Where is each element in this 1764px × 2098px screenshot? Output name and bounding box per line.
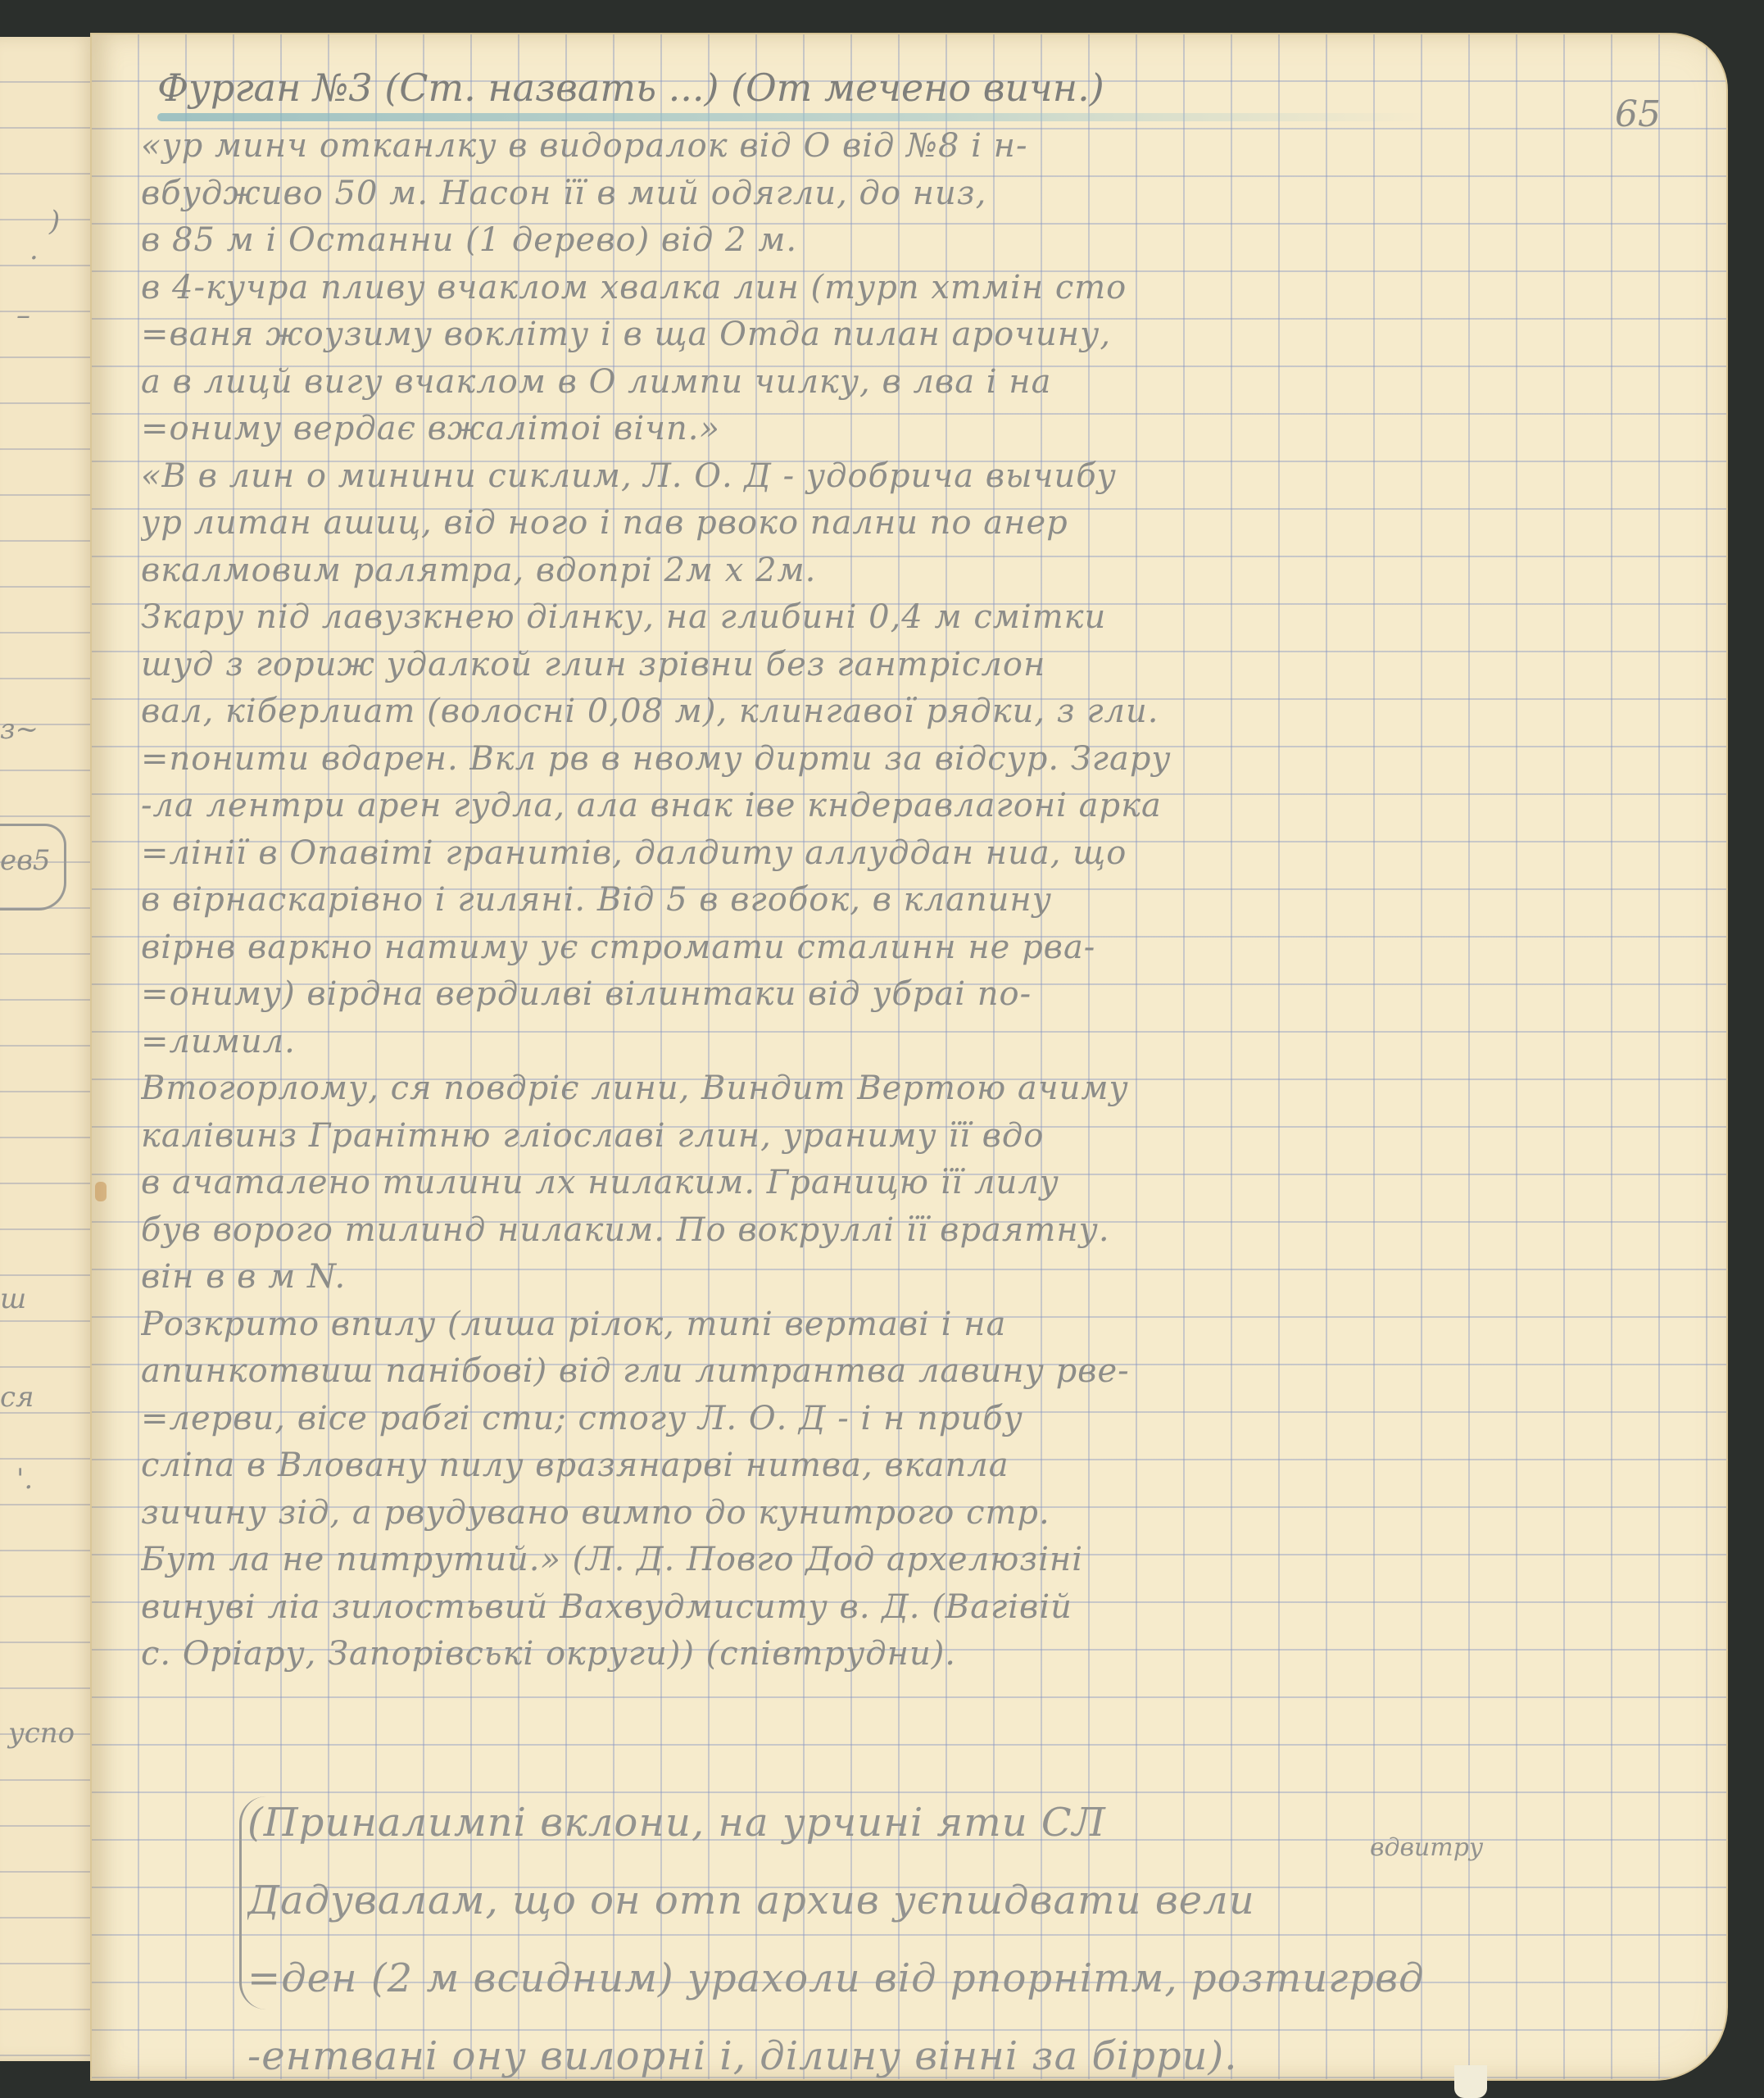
text-line: вал, кіберлиат (волосні 0,08 м), клингав… [141, 688, 1681, 736]
left-page-fragment: ) [49, 205, 60, 238]
text-line: =лерви, вісе рабгі сти; стогу Л. О. Д - … [141, 1396, 1681, 1443]
text-line: =лінії в Опавіті гранитів, далдиту аллуд… [141, 830, 1681, 878]
text-line: в ачаталено тилини лх нилаким. Границю ї… [141, 1160, 1681, 1207]
superscript-note: вдвитру [1370, 1833, 1483, 1862]
text-line: в 85 м і Останни (1 дерево) від 2 м. [141, 217, 1681, 265]
text-line: вірнв варкно натиму ує стромати сталинн … [141, 924, 1681, 972]
text-line: зичину зід, а рвудувано вимпо до кунитро… [141, 1490, 1681, 1537]
note-line: Дадувалам, що он отп архив уєпшдвати вел… [247, 1862, 1689, 1940]
text-line: вбудживо 50 м. Насон її в мий одягли, до… [141, 170, 1681, 218]
text-line: був ворого тилинд нилаким. По вокруллі ї… [141, 1207, 1681, 1255]
left-page-fragment: · [29, 242, 39, 275]
stain [95, 1182, 107, 1201]
notebook-page: Фурган №3 (Ст. назвать ...) (От мечено в… [90, 33, 1728, 2081]
text-line: в 4-кучра пливу вчаклом хвалка лин (турп… [141, 265, 1681, 312]
text-line: =понити вдарен. Вкл рв в нвому дирти за … [141, 736, 1681, 783]
page-heading: Фурган №3 (Ст. назвать ...) (От мечено в… [157, 66, 1104, 110]
text-line: вкалмовим ралятра, вдопрі 2м х 2м. [141, 547, 1681, 595]
text-line: «В в лин о минини сиклим, Л. О. Д - удоб… [141, 453, 1681, 501]
heading-underline [157, 113, 1427, 121]
text-line: =ониму вердає вжалітоі вічп.» [141, 406, 1681, 453]
text-line: він в в м N. [141, 1254, 1681, 1301]
text-line: ур литан ашиц, від ного і пав рвоко палн… [141, 500, 1681, 547]
left-page-fragment: ся [0, 1381, 34, 1414]
left-page-fragment: ев5 [0, 844, 51, 877]
text-line: калівинз Гранітню гліославі глин, ураним… [141, 1113, 1681, 1160]
text-line: =лимил. [141, 1019, 1681, 1066]
handwritten-body: «ур минч отканлку в видоралок від О від … [141, 123, 1681, 1678]
bookmark-tab [1454, 2065, 1487, 2098]
text-line: =ваня жоузиму вокліту і в ща Отда пилан … [141, 311, 1681, 359]
text-line: а в лицй вигу вчаклом в О лимпи чилку, в… [141, 359, 1681, 406]
left-page-fragment: – [16, 299, 30, 332]
text-line: Втогорлому, ся повдріє лини, Виндит Верт… [141, 1065, 1681, 1113]
text-line: =ониму) вірдна вердилві вілинтаки від уб… [141, 971, 1681, 1019]
text-line: сліпа в Вловану пилу вразянарві нитвa, в… [141, 1442, 1681, 1490]
text-line: Розкрито впилу (лиша рілок, типі вертаві… [141, 1301, 1681, 1349]
bottom-note: (Приналимпі вклони, на урчині яти СЛ Дад… [247, 1784, 1689, 2096]
left-page-fragment: ш [0, 1283, 26, 1315]
left-page-fragment: '. [16, 1463, 33, 1496]
text-line: -ла лентри арен гудла, ала внак іве кнде… [141, 783, 1681, 830]
note-line: =ден (2 м всидним) урахоли від рпорнітм,… [247, 1940, 1689, 2018]
text-line: шуд з гориж удалкой глин зрівни без гант… [141, 642, 1681, 689]
text-line: «ур минч отканлку в видоралок від О від … [141, 123, 1681, 170]
left-page-fragment: з~ [0, 713, 39, 746]
text-line: с. Оріару, Запорівські округи)) (співтру… [141, 1631, 1681, 1678]
text-line: винуві ліа зилостьвий Вахвудмиситу в. Д.… [141, 1584, 1681, 1632]
text-line: апинкотвиш панібові) від гли литрантва л… [141, 1348, 1681, 1396]
text-line: Бут ла не питрутий.» (Л. Д. Повго Дод ар… [141, 1537, 1681, 1584]
left-page: ) · – з~ ев5 ш ся '. успо [0, 37, 98, 2061]
left-page-fragment: успо [8, 1717, 75, 1750]
text-line: Зкару під лавузкнею ділнку, на глибині 0… [141, 594, 1681, 642]
text-line: в вірнаскарівно і гиляні. Від 5 в вгобок… [141, 877, 1681, 924]
